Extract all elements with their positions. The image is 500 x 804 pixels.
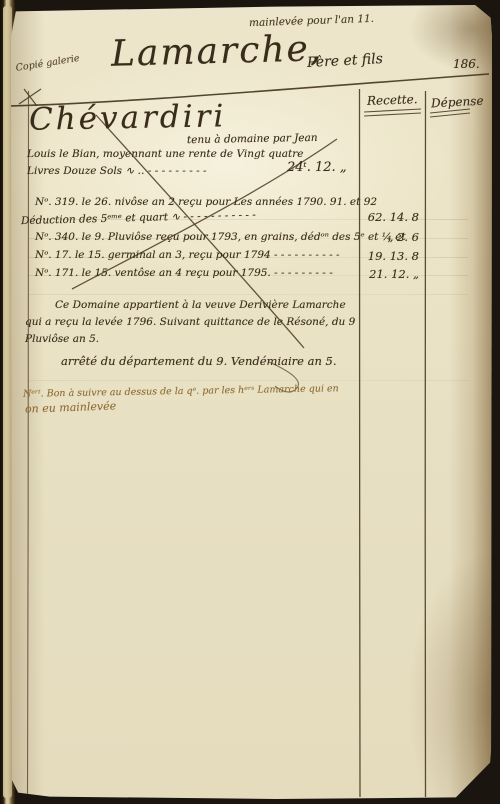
column-header-depense: Dépense: [431, 94, 484, 111]
page-number: 186.: [453, 57, 480, 71]
faint-ruling-line: [28, 380, 468, 381]
ledger-line: Nᵒ. 17. le 15. germinal an 3, reçu pour …: [35, 249, 340, 261]
recette-amount: 21. 12. „: [361, 267, 419, 281]
bottom-note-line: on eu mainlevée: [25, 399, 117, 415]
recette-amount: 19. 13. 8: [361, 249, 419, 263]
arrete-line: arrêté du département du 9. Vendémiaire …: [61, 354, 337, 368]
ledger-line: Nᵒ. 319. le 26. nivôse an 2 reçu pour Le…: [35, 196, 377, 208]
recette-amount: „ 2. 6: [361, 230, 419, 244]
account-title-suffix: Père et fils: [307, 51, 384, 71]
account-title: Lamarche,: [110, 28, 323, 75]
inline-amount: 24ᵗ. 12. „: [287, 160, 347, 175]
page-edges-stack: [3, 6, 12, 798]
faint-ruling-line: [28, 294, 468, 295]
ledger-line: Nᵒ. 340. le 9. Pluviôse reçu pour 1793, …: [35, 231, 406, 243]
paragraph-line: qui a reçu la levée 1796. Suivant quitta…: [25, 316, 355, 328]
paragraph-line: Pluviôse an 5.: [25, 333, 99, 345]
ledger-line: Livres Douze Sols ∿ ‥ - - - - - - - - -: [27, 165, 207, 177]
paragraph-line: Ce Domaine appartient à la veuve Deriviè…: [55, 299, 346, 311]
margin-note: Copié galerie: [15, 53, 80, 74]
entry-heading-note: tenu à domaine par Jean: [187, 132, 318, 146]
entry-heading: Chévardiri: [29, 98, 227, 137]
ledger-page: mainlevée pour l'an 11. Copié galerie La…: [11, 5, 492, 799]
scanned-ledger-photo: { "colors": { "ink": "#3a2c1a", "light_i…: [0, 0, 500, 804]
ledger-line: Déduction des 5ᵉᵐᵉ et quart ∿ - - - - - …: [21, 209, 256, 227]
column-header-recette: Recette.: [367, 92, 418, 108]
ledger-line: Louis le Bian, moyennant une rente de Vi…: [27, 148, 303, 160]
recette-amount: 62. 14. 8: [361, 210, 419, 224]
bottom-note-line: Nᵉʳᵗ. Bon à suivre au dessus de la qᵉ. p…: [23, 383, 339, 400]
top-annotation-mainlevee: mainlevée pour l'an 11.: [249, 13, 374, 29]
ledger-line: Nᵒ. 171. le 15. ventôse an 4 reçu pour 1…: [35, 267, 333, 279]
